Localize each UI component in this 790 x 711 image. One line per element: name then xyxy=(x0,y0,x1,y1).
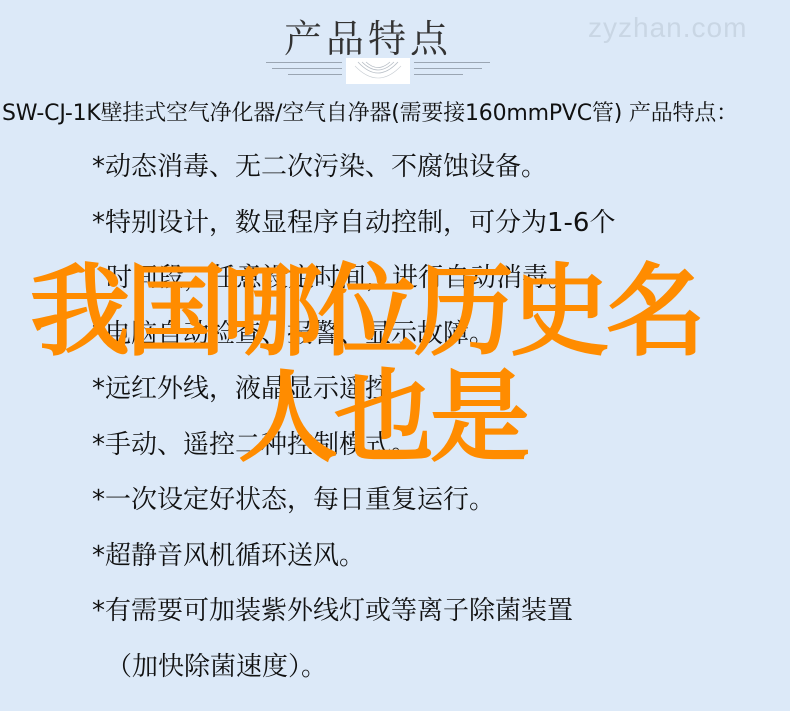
feature-item: *有需要可加装紫外线灯或等离子除菌装置 xyxy=(92,584,615,640)
overlay-headline-line1: 我国哪位历史名 xyxy=(30,262,702,362)
feature-item: *一次设定好状态，每日重复运行。 xyxy=(92,473,615,529)
decorative-text-lines-right xyxy=(414,62,490,80)
page-title: 产品特点 xyxy=(284,8,452,63)
overlay-headline-line2: 人也是 xyxy=(238,368,526,468)
title-decorative-banner xyxy=(262,58,494,84)
product-heading: SW-CJ-1K壁挂式空气净化器/空气自净器(需要接160mmPVC管) 产品特… xyxy=(2,96,738,127)
wave-icon xyxy=(346,58,410,84)
feature-item: *超静音风机循环送风。 xyxy=(92,529,615,585)
feature-item: *动态消毒、无二次污染、不腐蚀设备。 xyxy=(92,140,615,196)
decorative-text-lines-left xyxy=(266,62,342,80)
feature-item-continuation: （加快除菌速度）。 xyxy=(92,640,615,696)
watermark-text: zyzhan.com xyxy=(588,12,747,44)
feature-item: *特别设计，数显程序自动控制，可分为1-6个 xyxy=(92,196,615,252)
